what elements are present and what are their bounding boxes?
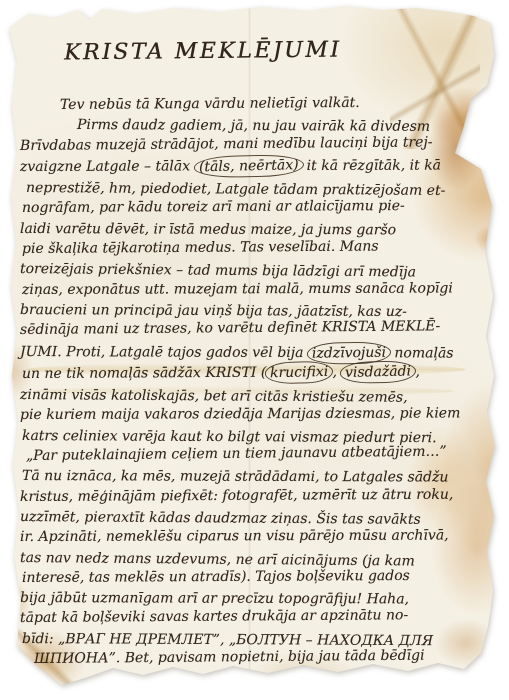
line-text: nomaļās [390, 345, 454, 361]
line-text: Tā nu iznāca, ka mēs, muzejā strādādami,… [22, 468, 448, 485]
handwritten-line: Tev nebūs tā Kunga vārdu nelietīgi valkā… [60, 92, 494, 115]
line-text: ir. Apzināti, nemeklēšu ciparus un visu … [20, 528, 449, 545]
handwritten-line: tāpat kā boļševiki savas kartes drukāja … [20, 605, 494, 629]
handwritten-line: zvaigzne Latgale – tālāx (tāls, neērtāx)… [20, 154, 494, 178]
line-text: Tev nebūs tā Kunga vārdu nelietīgi valkā… [60, 95, 360, 113]
handwritten-line: sēdināja mani uz trases, ko varētu defin… [20, 316, 494, 340]
line-text: ШПИОНА”. Bet, pavisam nopietni, bija jau… [34, 648, 425, 667]
handwritten-line: ir. Apzināti, nemeklēšu ciparus un visu … [20, 526, 494, 548]
document-title: KRISTA MEKLĒJUMI [64, 38, 342, 66]
line-text: sēdināja mani uz trases, ko varētu defin… [20, 319, 440, 339]
line-text: pie kuriem maija vakaros dziedāja Marija… [20, 406, 460, 424]
line-text: Brīvdabas muzejā strādājot, mani medību … [20, 134, 433, 154]
handwriting-body: Tev nebūs tā Kunga vārdu nelietīgi valkā… [20, 95, 494, 669]
handwritten-line: interesē, tas meklēs un atradīs). Tajos … [22, 565, 494, 588]
line-text: pie škaļika tējkarotiņa medus. Tas vesel… [22, 239, 379, 257]
line-text: , [415, 364, 420, 380]
handwritten-line: un ne tik nomaļās sādžāx KRISTI (krucifi… [22, 360, 494, 385]
line-text: nogrāfam, par kādu toreiz arī mani ar at… [22, 198, 405, 216]
paper-sheet: KRISTA MEKLĒJUMI Tev nebūs tā Kunga vārd… [4, 3, 504, 697]
line-text: interesē, tas meklēs un atradīs). Tajos … [22, 568, 410, 586]
line-text: „Par puteklainajiem ceļiem un tiem jauna… [26, 444, 447, 464]
handwritten-line: ziņas, exponātus utt. muzejam tai malā, … [22, 278, 494, 300]
handwritten-line: „Par puteklainajiem ceļiem un tiem jauna… [26, 441, 494, 466]
line-text: it kā rēzgītāk, it kā [302, 157, 441, 173]
line-text: JUMI. Proti, Latgalē tajos gados vēl bij… [20, 344, 308, 361]
line-text: laidi varētu dēvēt, ir īstā medus maize,… [20, 221, 396, 238]
circled-annotation: (tāls, neērtāx) [193, 154, 303, 179]
line-text: un ne tik nomaļās sādžāx KRISTI ( [22, 365, 266, 382]
circled-annotation: krucifixi [265, 361, 334, 385]
line-text: zvaigzne Latgale – tālāx [20, 158, 195, 175]
line-text: kristus, mēģinājām piefixēt: fotografēt,… [20, 486, 453, 504]
handwritten-line: nogrāfam, par kādu toreiz arī mani ar at… [22, 196, 494, 219]
paper-shadow-wrap: KRISTA MEKLĒJUMI Tev nebūs tā Kunga vārd… [0, 0, 509, 700]
circled-annotation: visdažādi [340, 360, 417, 384]
handwritten-line: ШПИОНА”. Bet, pavisam nopietni, bija jau… [34, 645, 494, 669]
handwritten-line: pie kuriem maija vakaros dziedāja Marija… [20, 404, 494, 426]
scanned-page: KRISTA MEKLĒJUMI Tev nebūs tā Kunga vārd… [0, 0, 509, 700]
handwritten-line: pie škaļika tējkarotiņa medus. Tas vesel… [22, 236, 494, 260]
line-text: ziņas, exponātus utt. muzejam tai malā, … [22, 280, 453, 298]
handwritten-line: Brīvdabas muzejā strādājot, mani medību … [20, 131, 494, 155]
handwritten-line: kristus, mēģinājām piefixēt: fotografēt,… [20, 484, 494, 507]
line-text: tāpat kā boļševiki savas kartes drukāja … [20, 608, 408, 627]
